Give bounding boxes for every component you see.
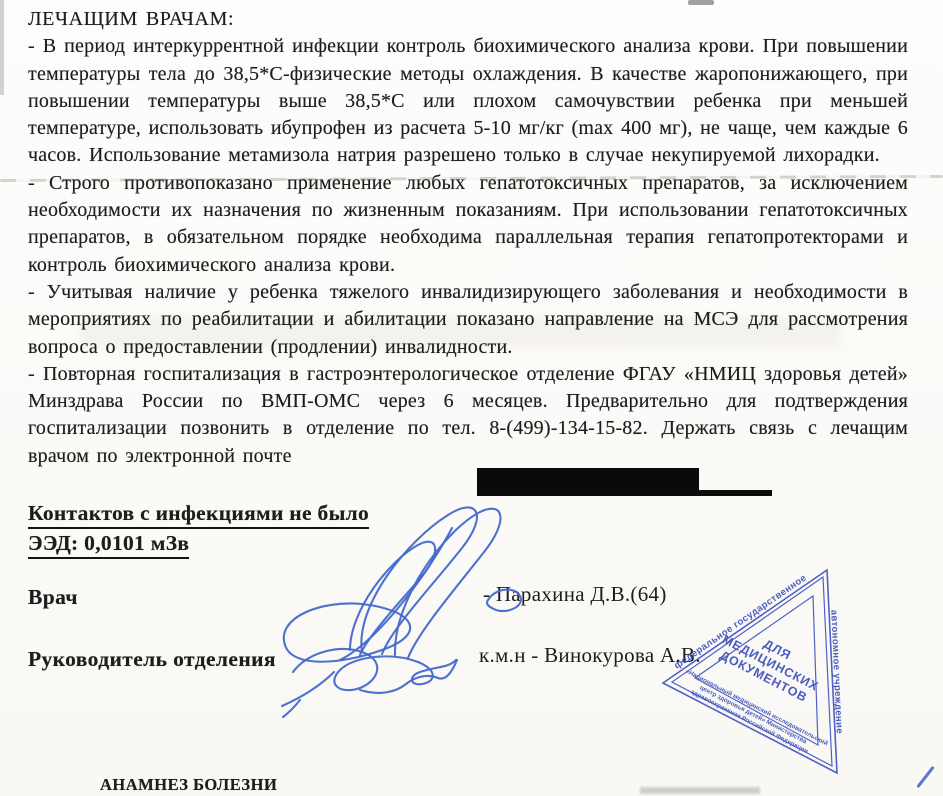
stamp-org-text: «Национальный медицинский исследовательс…: [677, 667, 829, 762]
no-infection-contacts-line: Контактов с инфекциями не было: [28, 501, 369, 529]
anamnesis-heading: АНАМНЕЗ БОЛЕЗНИ: [100, 775, 277, 796]
svg-text:центр здоровья детей» Министер: центр здоровья детей» Министерства: [698, 683, 808, 745]
paragraph-rehospitalization: - Повторная госпитализация в гастроэнтер…: [28, 361, 908, 470]
paragraph-mse-disability: - Учитывая наличие у ребенка тяжелого ин…: [28, 279, 908, 361]
svg-text:МЕДИЦИНСКИХ: МЕДИЦИНСКИХ: [720, 632, 821, 693]
stamp-edge-text-right: автономное учреждение: [828, 610, 844, 735]
paragraph-hepatotoxic: - Строго противопоказано применение любы…: [28, 170, 908, 279]
document-heading: ЛЕЧАЩИМ ВРАЧАМ:: [28, 6, 908, 33]
scan-edge-artifact: [0, 0, 4, 95]
eed-dose-line: ЭЭД: 0,0101 мЗв: [28, 531, 189, 559]
svg-text:ДЛЯ: ДЛЯ: [761, 637, 793, 663]
redaction-bar-email: [477, 468, 699, 492]
stamp-center-text: ДЛЯ МЕДИЦИНСКИХ ДОКУМЕНТОВ: [713, 619, 828, 707]
redaction-underline: [477, 490, 772, 496]
department-head-label: Руководитель отделения: [28, 647, 276, 672]
svg-text:здравоохранения Российской Фед: здравоохранения Российской Федерации: [690, 688, 810, 755]
department-head-name: к.м.н - Винокурова А.В.: [479, 643, 701, 668]
svg-text:«Национальный медицинский иссл: «Национальный медицинский исследовательс…: [684, 667, 829, 747]
main-text-block: ЛЕЧАЩИМ ВРАЧАМ: - В период интеркуррентн…: [28, 6, 908, 470]
doctor-name: - Парахина Д.В.(64): [483, 582, 667, 607]
paragraph-fever-management: - В период интеркуррентной инфекции конт…: [28, 33, 908, 169]
triangular-stamp: федеральное государственное автономное у…: [650, 560, 850, 785]
scan-smudge-bottom: [640, 787, 760, 794]
scan-smudge-top: [688, 0, 714, 5]
scanned-document-page: ЛЕЧАЩИМ ВРАЧАМ: - В период интеркуррентн…: [0, 0, 943, 796]
stray-pen-mark: [916, 766, 934, 788]
doctor-label: Врач: [28, 585, 78, 610]
svg-text:ДОКУМЕНТОВ: ДОКУМЕНТОВ: [718, 648, 810, 705]
